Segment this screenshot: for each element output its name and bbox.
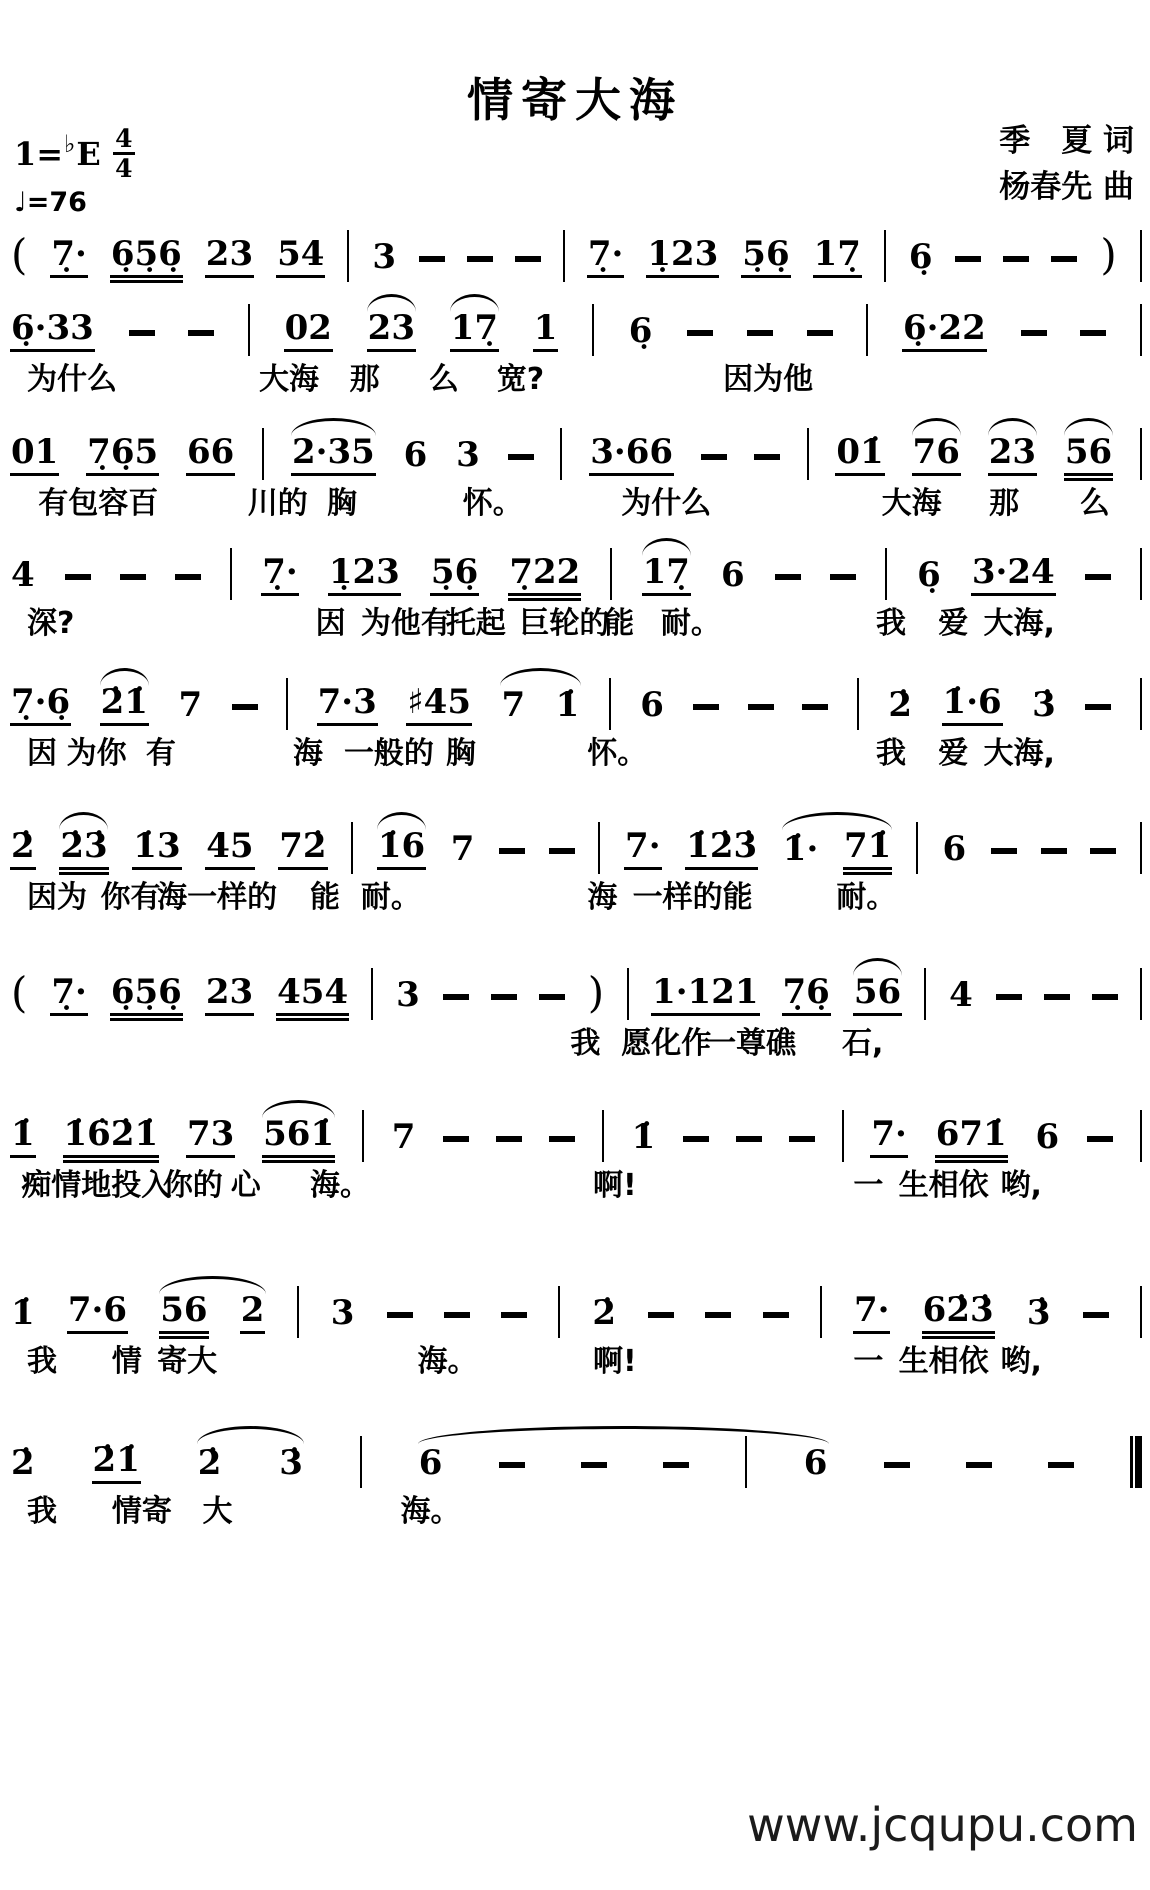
note-cell: 1̇·: [782, 832, 820, 870]
note-cell: 6̣·22: [902, 311, 987, 352]
dash-note: [693, 704, 719, 710]
lyric-token: 么: [429, 354, 459, 398]
dash-note: [501, 1312, 527, 1318]
note-cell: 3·24: [971, 555, 1056, 596]
dash-note: [387, 1312, 413, 1318]
sheet-music-page: 情寄大海 1=♭E 4 4 ♩=76 季 夏 词 杨春先 曲 (7̣·6̣5̣6…: [0, 0, 1150, 1890]
lyric-token: 耐。: [836, 872, 896, 916]
note-cell: 7·: [870, 1117, 908, 1158]
notation-row: 7̣·6̣2̇1̇77·3♯4571̇62̇1̇·63̇: [10, 670, 1142, 726]
barline: [1140, 1110, 1142, 1162]
dash-note: [966, 1462, 992, 1468]
lyric-token: 心: [231, 1160, 261, 1204]
notation-row: 1̇1̇6̇2̇1̇73561̇71̇7·671̇6: [10, 1102, 1142, 1158]
barline: [857, 678, 859, 730]
dash-note: [683, 1136, 709, 1142]
barline: [924, 968, 926, 1020]
slur-arc: [912, 418, 961, 436]
note-cell: 17̣: [450, 311, 499, 352]
note-cell: 2̇1̇: [100, 685, 149, 726]
note-cell: 4: [948, 978, 974, 1016]
lyric-token: 能: [604, 598, 634, 642]
dash-note: [508, 454, 534, 460]
note-cell: 2̇: [10, 829, 36, 870]
barline: [360, 1436, 362, 1488]
note-cell: 2̇: [197, 1446, 223, 1484]
dash-note: [1083, 1312, 1109, 1318]
lyric-token: 哟,: [1001, 1160, 1042, 1204]
lyric-token: 生相依: [899, 1336, 989, 1380]
note-cell: 7̣·: [50, 237, 88, 278]
note-cell: 6: [942, 832, 968, 870]
note-cell: 23: [205, 237, 254, 278]
dash-note: [996, 994, 1022, 1000]
note-cell: 1̣23: [328, 555, 401, 596]
note-cell: 66: [186, 435, 235, 476]
barline: [371, 968, 373, 1020]
note-cell: 1·121: [651, 975, 759, 1016]
lyric-token: 川的: [248, 478, 308, 522]
barline: [820, 1286, 822, 1338]
slur-arc: [197, 1426, 304, 1444]
notation-row: 017̣6̣5662·35633·6601̇762356: [10, 420, 1142, 476]
lyric-token: 怀。: [463, 478, 523, 522]
score-line: 47̣·1̣235̣6̣7̣2217̣66̣3·24深?因为他有托起巨轮的能耐。…: [10, 540, 1142, 638]
note-cell: 7·: [624, 829, 662, 870]
lyric-token: 有: [146, 728, 176, 772]
lyric-token: 因: [316, 598, 346, 642]
note-cell: 6: [803, 1446, 829, 1484]
dash-note: [830, 574, 856, 580]
dash-note: [1085, 704, 1111, 710]
dash-note: [120, 574, 146, 580]
note-cell: 2̇1̇: [92, 1443, 141, 1484]
lyric-token: 大海,: [984, 598, 1055, 642]
note-cell: 2̇3̇: [59, 829, 108, 870]
note-cell: 3̇: [278, 1446, 304, 1484]
barline: [592, 304, 594, 356]
barline: [362, 1110, 364, 1162]
dash-note: [1044, 994, 1070, 1000]
note-cell: 454: [276, 975, 349, 1016]
score-line: (7̣·6̣5̣6̣234543)1·1217̣6̣564我愿化作一尊礁石,: [10, 960, 1142, 1058]
dash-note: [175, 574, 201, 580]
dash-note: [232, 704, 258, 710]
lyric-token: 爱: [938, 598, 968, 642]
dash-note: [775, 574, 801, 580]
note-cell: 6: [1035, 1120, 1061, 1158]
lyric-token: 生相依: [899, 1160, 989, 1204]
watermark: www.jcqupu.com: [747, 1798, 1138, 1852]
paren: ): [587, 972, 605, 1016]
lyric-row: 因为你有海一样的能耐。海一样的能耐。: [10, 872, 1142, 912]
lyric-token: 海: [587, 872, 617, 916]
note-cell: 1̇·6: [942, 685, 1003, 726]
dash-note: [499, 848, 525, 854]
barline: [1140, 1286, 1142, 1338]
lyric-row: 有包容百川的胸怀。为什么大海那么: [10, 478, 1142, 518]
dash-note: [1092, 994, 1118, 1000]
lyric-row: 我情寄大海。啊!一生相依哟,: [10, 1336, 1142, 1376]
note-cell: 7̣·: [587, 237, 625, 278]
barline: [560, 428, 562, 480]
slur-arc: [642, 538, 691, 556]
score-line: 7̣·6̣2̇1̇77·3♯4571̇62̇1̇·63̇因为你有海一般的胸怀。我…: [10, 670, 1142, 768]
dash-note: [188, 330, 214, 336]
dash-note: [763, 1312, 789, 1318]
barline: [1140, 230, 1142, 282]
dash-note: [701, 454, 727, 460]
lyric-token: 情: [112, 1336, 142, 1380]
note-cell: 6̣·33: [10, 311, 95, 352]
note-cell: 7·6: [67, 1293, 128, 1334]
note-cell: 62̇3̇: [922, 1293, 995, 1334]
dash-note: [1051, 256, 1077, 262]
dash-note: [754, 454, 780, 460]
note-cell: 71̇: [843, 829, 892, 870]
note-cell: 72̇: [278, 829, 327, 870]
dash-note: [496, 1136, 522, 1142]
slur-arc: [377, 812, 426, 830]
lyric-token: 那: [989, 478, 1019, 522]
barline: [885, 548, 887, 600]
lyric-row: 深?因为他有托起巨轮的能耐。我爱大海,: [10, 598, 1142, 638]
paren: (: [10, 972, 28, 1016]
note-cell: 23: [988, 435, 1037, 476]
lyric-token: 宽?: [497, 354, 544, 398]
notation-row: 2̇2̇1̇2̇3̇66: [10, 1428, 1142, 1484]
note-cell: 7: [450, 832, 476, 870]
dash-note: [491, 994, 517, 1000]
barline: [262, 428, 264, 480]
note-cell: 2̇: [591, 1296, 617, 1334]
notation-row: 1̇7·656232̇7·62̇3̇3̇: [10, 1278, 1142, 1334]
slur-arc: [500, 668, 581, 686]
lyric-token: 巨轮的: [519, 598, 609, 642]
lyric-token: 一般的: [344, 728, 434, 772]
slur-arc: [450, 294, 499, 312]
barline: [286, 678, 288, 730]
barline: [351, 822, 353, 874]
note-cell: 23: [367, 311, 416, 352]
note-cell: 17̣: [642, 555, 691, 596]
lyric-token: 耐。: [661, 598, 721, 642]
lyric-token: 我: [876, 728, 906, 772]
notation-row: (7̣·6̣5̣6̣234543)1·1217̣6̣564: [10, 960, 1142, 1016]
note-cell: 1̇: [555, 688, 581, 726]
barline: [1140, 678, 1142, 730]
barline: [1140, 822, 1142, 874]
barline: [297, 1286, 299, 1338]
dash-note: [549, 1136, 575, 1142]
dash-note: [955, 256, 981, 262]
lyric-token: 大海: [882, 478, 942, 522]
note-cell: 45: [205, 829, 254, 870]
dash-note: [736, 1136, 762, 1142]
barline: [884, 230, 886, 282]
dash-note: [443, 1136, 469, 1142]
slur-arc: [367, 294, 416, 312]
dash-note: [581, 1462, 607, 1468]
lyric-token: 情寄: [112, 1486, 172, 1530]
note-cell: 17̣: [813, 237, 862, 278]
lyric-token: 一: [853, 1160, 883, 1204]
barline: [230, 548, 232, 600]
note-cell: 3·66: [589, 435, 674, 476]
dash-note: [1041, 848, 1067, 854]
notation-row: 2̇2̇3̇1̇34572̇1̇677·1̇2̇3̇1̇·71̇6: [10, 814, 1142, 870]
note-cell: 1̇: [10, 1117, 36, 1158]
note-cell: 54: [276, 237, 325, 278]
note-cell: 3̇: [1026, 1296, 1052, 1334]
note-cell: 6̣5̣6̣: [110, 237, 183, 278]
lyric-token: 因为他: [723, 354, 813, 398]
lyric-token: 爱: [938, 728, 968, 772]
lyric-row: 痴情地投入你的心海。啊!一生相依哟,: [10, 1160, 1142, 1200]
note-cell: ♯45: [406, 685, 472, 726]
dash-note: [515, 256, 541, 262]
note-cell: 56: [159, 1293, 208, 1334]
dash-note: [419, 256, 445, 262]
dash-note: [539, 994, 565, 1000]
dash-note: [789, 1136, 815, 1142]
lyric-token: 耐。: [361, 872, 421, 916]
note-cell: 6̣5̣6̣: [110, 975, 183, 1016]
dash-note: [663, 1462, 689, 1468]
note-cell: 1̇3: [132, 829, 181, 870]
lyric-token: 啊!: [593, 1160, 637, 1204]
lyric-token: 寄大: [157, 1336, 217, 1380]
note-cell: 1: [533, 311, 559, 352]
note-cell: 7·3: [317, 685, 378, 726]
note-cell: 23: [205, 975, 254, 1016]
dash-note: [444, 1312, 470, 1318]
lyric-token: 海。: [418, 1336, 478, 1380]
dash-note: [129, 330, 155, 336]
note-cell: 3: [455, 438, 481, 476]
note-cell: 6̣: [908, 240, 934, 278]
dash-note: [748, 704, 774, 710]
slur-arc: [262, 1100, 335, 1118]
dash-note: [747, 330, 773, 336]
lyric-row: 为什么大海那么宽?因为他: [10, 354, 1142, 394]
paren: (: [10, 234, 28, 278]
dash-note: [807, 330, 833, 336]
lyric-row: 因为你有海一般的胸怀。我爱大海,: [10, 728, 1142, 768]
note-cell: 6: [418, 1446, 444, 1484]
dash-note: [648, 1312, 674, 1318]
dash-note: [499, 1462, 525, 1468]
dash-note: [705, 1312, 731, 1318]
barline: [563, 230, 565, 282]
lyric-token: 海。: [310, 1160, 370, 1204]
dash-note: [1090, 848, 1116, 854]
lyric-token: 石,: [842, 1018, 883, 1062]
notation-row: 6̣·33022317̣16̣6̣·22: [10, 296, 1142, 352]
barline: [558, 1286, 560, 1338]
score-line: 1̇7·656232̇7·62̇3̇3̇我情寄大海。啊!一生相依哟,: [10, 1278, 1142, 1376]
slur-arc: [59, 812, 108, 830]
barline: [866, 304, 868, 356]
barline: [842, 1110, 844, 1162]
lyric-token: 深?: [27, 598, 74, 642]
lyric-token: 我: [876, 598, 906, 642]
barline: [1140, 304, 1142, 356]
lyric-token: 海。: [401, 1486, 461, 1530]
note-cell: 3: [371, 240, 397, 278]
lyric-token: 海: [293, 728, 323, 772]
lyric-token: 哟,: [1001, 1336, 1042, 1380]
barline: [1140, 548, 1142, 600]
lyric-token: 那: [350, 354, 380, 398]
note-cell: 1̇6̇2̇1̇: [63, 1117, 160, 1158]
lyric-token: 为他有: [361, 598, 451, 642]
note-cell: 4: [10, 558, 36, 596]
dash-note: [1048, 1462, 1074, 1468]
note-cell: 5̣6̣: [430, 555, 479, 596]
lyric-token: 一尊礁: [706, 1018, 796, 1062]
dash-note: [443, 994, 469, 1000]
lyric-token: 么: [1080, 478, 1110, 522]
note-cell: 561̇: [262, 1117, 335, 1158]
barline: [1140, 428, 1142, 480]
note-cell: 01: [10, 435, 59, 476]
note-cell: 1̇6: [377, 829, 426, 870]
score-line: 6̣·33022317̣16̣6̣·22为什么大海那么宽?因为他: [10, 296, 1142, 394]
note-cell: 56: [1064, 435, 1113, 476]
dash-note: [884, 1462, 910, 1468]
lyric-token: 因为: [27, 872, 87, 916]
note-cell: 2·35: [291, 435, 376, 476]
dash-note: [1003, 256, 1029, 262]
lyric-token: 因: [27, 728, 57, 772]
note-cell: 3̇: [1031, 688, 1057, 726]
lyric-token: 大海,: [984, 728, 1055, 772]
score-line: 1̇1̇6̇2̇1̇73561̇71̇7·671̇6痴情地投入你的心海。啊!一生…: [10, 1102, 1142, 1200]
note-cell: 1̇: [631, 1120, 657, 1158]
slur-arc: [159, 1276, 266, 1294]
barline: [598, 822, 600, 874]
note-cell: 6̣: [628, 314, 654, 352]
lyric-token: 我: [27, 1486, 57, 1530]
dash-note: [991, 848, 1017, 854]
dash-note: [802, 704, 828, 710]
note-cell: 01̇: [835, 435, 884, 476]
lyric-token: 有包容百: [38, 478, 158, 522]
note-cell: 76: [912, 435, 961, 476]
dash-note: [1080, 330, 1106, 336]
barline: [627, 968, 629, 1020]
lyric-token: 愿化作: [621, 1018, 711, 1062]
score-line: 2̇2̇1̇2̇3̇66我情寄大海。: [10, 1428, 1142, 1526]
dash-note: [467, 256, 493, 262]
lyric-token: 一: [853, 1336, 883, 1380]
lyric-token: 大海: [259, 354, 319, 398]
score-line: 2̇2̇3̇1̇34572̇1̇677·1̇2̇3̇1̇·71̇6因为你有海一样…: [10, 814, 1142, 912]
note-cell: 6: [403, 438, 429, 476]
note-cell: 1̣23: [646, 237, 719, 278]
note-cell: 1̇: [10, 1296, 36, 1334]
note-cell: 7: [391, 1120, 417, 1158]
lyric-token: 一样的能: [633, 872, 753, 916]
slur-arc: [782, 812, 892, 830]
note-cell: 6̣: [916, 558, 942, 596]
slur-arc: [1064, 418, 1113, 436]
note-cell: 7·: [853, 1293, 891, 1334]
note-cell: 02: [284, 311, 333, 352]
lyric-token: 大: [202, 1486, 232, 1530]
barline: [916, 822, 918, 874]
slur-arc: [418, 1426, 829, 1444]
lyric-token: 我: [27, 1336, 57, 1380]
lyric-token: 能: [310, 872, 340, 916]
note-cell: 56: [853, 975, 902, 1016]
score-area: (7̣·6̣5̣6̣235437̣·1̣235̣6̣17̣6̣)6̣·33022…: [0, 0, 1150, 1890]
notation-row: 47̣·1̣235̣6̣7̣2217̣66̣3·24: [10, 540, 1142, 596]
note-cell: 7̣22: [508, 555, 581, 596]
dash-note: [1087, 1136, 1113, 1142]
dash-note: [687, 330, 713, 336]
slur-arc: [291, 418, 376, 436]
lyric-token: 怀。: [587, 728, 647, 772]
note-cell: 2: [240, 1293, 266, 1334]
barline: [1140, 968, 1142, 1020]
lyric-token: 托起: [446, 598, 506, 642]
note-cell: 73: [186, 1117, 235, 1158]
note-cell: 7̣·: [50, 975, 88, 1016]
lyric-token: 为什么: [27, 354, 117, 398]
note-cell: 7̣6̣5: [86, 435, 159, 476]
lyric-row: 我情寄大海。: [10, 1486, 1142, 1526]
note-cell: 3: [395, 978, 421, 1016]
note-cell: 6: [639, 688, 665, 726]
dash-note: [1085, 574, 1111, 580]
note-cell: 671̇: [935, 1117, 1008, 1158]
score-line: 017̣6̣5662·35633·6601̇762356有包容百川的胸怀。为什么…: [10, 420, 1142, 518]
lyric-token: 胸: [327, 478, 357, 522]
lyric-row: 我愿化作一尊礁石,: [10, 1018, 1142, 1058]
barline: [248, 304, 250, 356]
dash-note: [65, 574, 91, 580]
lyric-token: 你的: [163, 1160, 223, 1204]
note-cell: 7: [500, 688, 526, 726]
lyric-token: 为你: [67, 728, 127, 772]
note-cell: 7̣·6̣: [10, 685, 71, 726]
barline: [610, 548, 612, 600]
slur-arc: [100, 668, 149, 686]
paren: ): [1099, 234, 1117, 278]
lyric-token: 胸: [446, 728, 476, 772]
dash-note: [549, 848, 575, 854]
note-cell: 7̣·: [261, 555, 299, 596]
dash-note: [1021, 330, 1047, 336]
lyric-token: 海一样的: [157, 872, 277, 916]
note-cell: 3: [330, 1296, 356, 1334]
note-cell: 1̇2̇3̇: [685, 829, 758, 870]
slur-arc: [988, 418, 1037, 436]
note-cell: 7̣6̣: [782, 975, 831, 1016]
note-cell: 5̣6̣: [741, 237, 790, 278]
lyric-token: 你有: [101, 872, 161, 916]
note-cell: 7: [177, 688, 203, 726]
final-barline: [1130, 1436, 1142, 1488]
note-cell: 6: [720, 558, 746, 596]
notation-row: (7̣·6̣5̣6̣235437̣·1̣235̣6̣17̣6̣): [10, 222, 1142, 278]
lyric-token: 我: [570, 1018, 600, 1062]
barline: [602, 1110, 604, 1162]
lyric-token: 啊!: [593, 1336, 637, 1380]
note-cell: 2̇: [887, 688, 913, 726]
